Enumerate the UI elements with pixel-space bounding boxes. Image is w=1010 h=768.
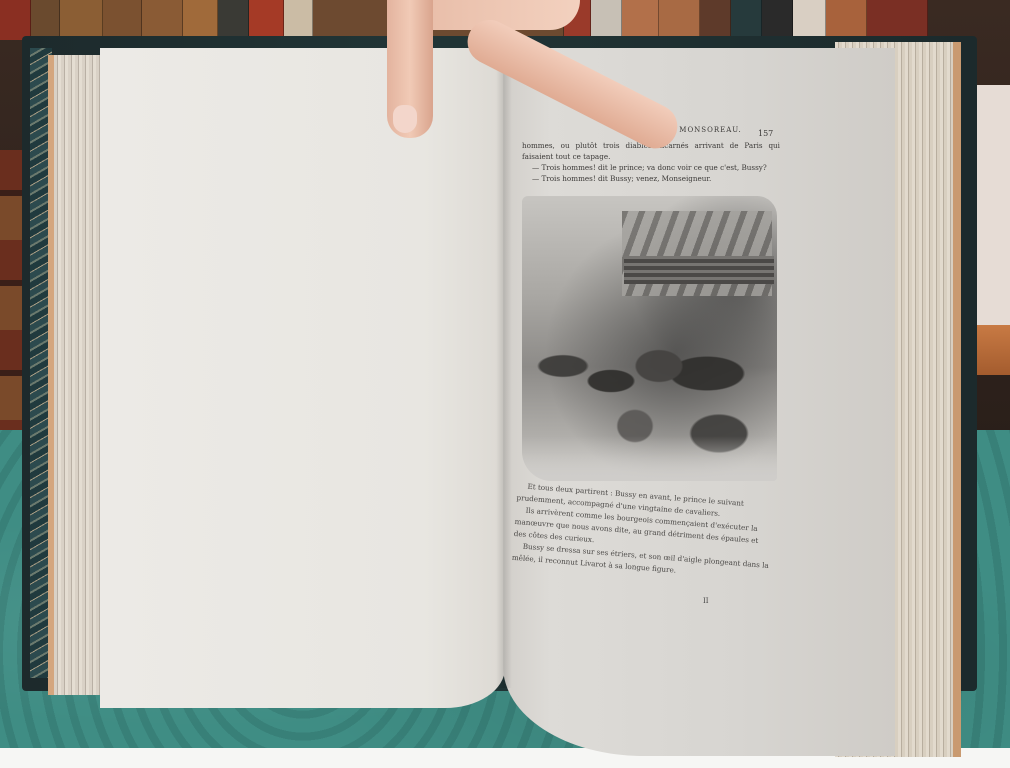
fingernail (393, 105, 417, 133)
engraving-illustration (522, 196, 777, 481)
house-overhang (624, 256, 774, 284)
photo-scene: LA DAME DE MONSOREAU. 157 hommes, ou plu… (0, 0, 1010, 768)
open-book: LA DAME DE MONSOREAU. 157 hommes, ou plu… (0, 0, 1010, 768)
book-gutter (496, 48, 512, 688)
page-number: 157 (758, 129, 773, 138)
dialog-line: — Trois hommes! dit le prince; va donc v… (522, 162, 780, 173)
brawling-crowd (527, 306, 767, 456)
gathering-signature: II (703, 597, 709, 605)
dialog-line: — Trois hommes! dit Bussy; venez, Monsei… (522, 173, 780, 184)
street-ground (522, 436, 777, 481)
left-page-blank[interactable] (100, 48, 505, 708)
